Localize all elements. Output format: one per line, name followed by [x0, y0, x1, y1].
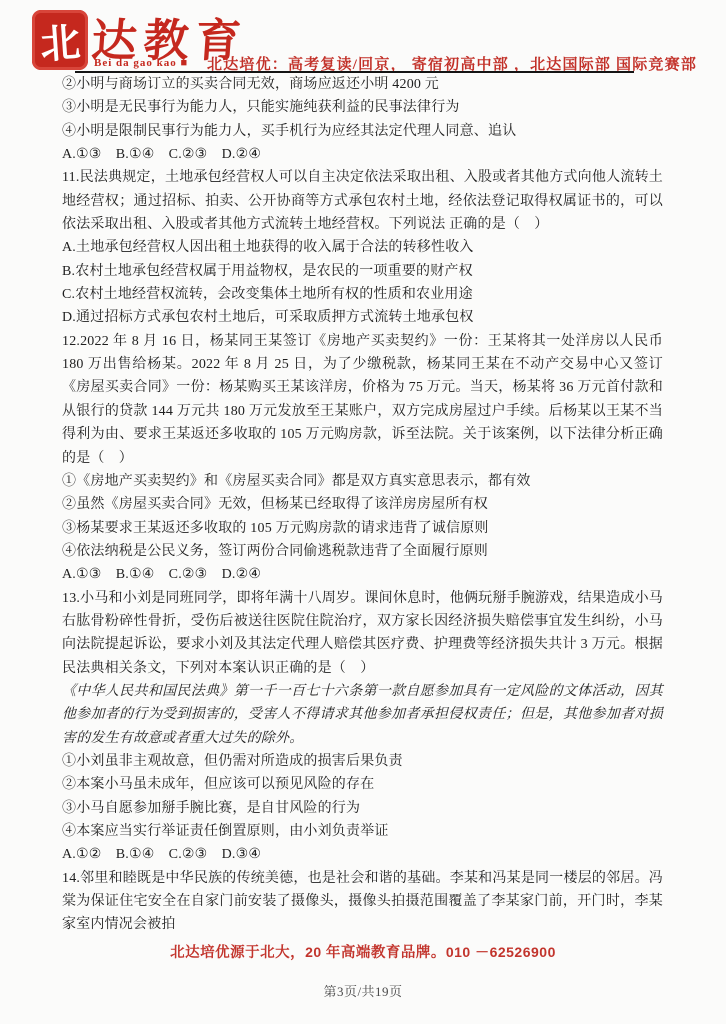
q10-option-2: ②小明与商场订立的买卖合同无效，商场应返还小明 4200 元: [62, 73, 663, 96]
q10-option-4: ④小明是限制民事行为能力人，买手机行为应经其法定代理人同意、追认: [62, 120, 663, 143]
q11-option-a: A.土地承包经营权人因出租土地获得的收入属于合法的转移性收入: [62, 236, 663, 259]
footer-years-number: 20: [305, 944, 322, 960]
q13-item-2: ②本案小马虽未成年，但应该可以预见风险的存在: [62, 773, 663, 796]
q10-option-3: ③小明是无民事行为能力人，只能实施纯获利益的民事法律行为: [62, 96, 663, 119]
q11-stem: 11.民法典规定，土地承包经营权人可以自主决定依法采取出租、入股或者其他方式向他…: [62, 166, 663, 236]
footer-slogan-text: 北达培优源于北大，: [170, 945, 305, 961]
q10-answer-choices: A.①③ B.①④ C.②③ D.②④: [62, 143, 663, 166]
page-number: 第3页/共19页: [0, 981, 726, 1000]
q14-stem: 14.邻里和睦既是中华民族的传统美德，也是社会和谐的基础。李某和冯某是同一楼层的…: [62, 867, 663, 937]
brand-seal-logo: 北: [32, 10, 88, 70]
q12-answer-choices: A.①③ B.①④ C.②③ D.②④: [62, 563, 663, 586]
footer-slogan: 北达培优源于北大，20 年高端教育品牌。010 －62526900: [0, 941, 726, 962]
footer-phone-number: 010 －62526900: [446, 944, 556, 960]
q13-law-quote: 《中华人民共和国民法典》第一千一百七十六条第一款自愿参加具有一定风险的文体活动，…: [62, 680, 663, 750]
q11-option-d: D.通过招标方式承包农村土地后，可采取质押方式流转土地承包权: [62, 306, 663, 329]
q13-item-1: ①小刘虽非主观故意，但仍需对所造成的损害后果负责: [62, 750, 663, 773]
q12-item-4: ④依法纳税是公民义务，签订两份合同偷逃税款违背了全面履行原则: [62, 540, 663, 563]
q12-item-2: ②虽然《房屋买卖合同》无效，但杨某已经取得了该洋房房屋所有权: [62, 493, 663, 516]
exam-page: 北 达教育 Bei da gao kao ■ 北达培优：高考复读/回京， 寄宿初…: [0, 0, 726, 1024]
q13-item-3: ③小马自愿参加掰手腕比赛，是自甘风险的行为: [62, 797, 663, 820]
footer-slogan-text: 年高端教育品牌。: [322, 945, 446, 961]
q13-stem: 13.小马和小刘是同班同学，即将年满十八周岁。课间休息时，他俩玩掰手腕游戏，结果…: [62, 587, 663, 680]
q13-item-4: ④本案应当实行举证责任倒置原则，由小刘负责举证: [62, 820, 663, 843]
q11-option-b: B.农村土地承包经营权属于用益物权，是农民的一项重要的财产权: [62, 260, 663, 283]
brand-subtitle: Bei da gao kao ■: [94, 57, 188, 69]
exam-body: ②小明与商场订立的买卖合同无效，商场应返还小明 4200 元③小明是无民事行为能…: [62, 73, 663, 937]
q12-item-3: ③杨某要求王某返还多收取的 105 万元购房款的请求违背了诚信原则: [62, 517, 663, 540]
seal-character: 北: [38, 10, 82, 70]
q11-option-c: C.农村土地经营权流转，会改变集体土地所有权的性质和农业用途: [62, 283, 663, 306]
q13-answer-choices: A.①② B.①④ C.②③ D.③④: [62, 843, 663, 866]
q12-stem: 12.2022 年 8 月 16 日，杨某同王某签订《房地产买卖契约》一份：王某…: [62, 330, 663, 470]
q12-item-1: ①《房地产买卖契约》和《房屋买卖合同》都是双方真实意思表示，都有效: [62, 470, 663, 493]
